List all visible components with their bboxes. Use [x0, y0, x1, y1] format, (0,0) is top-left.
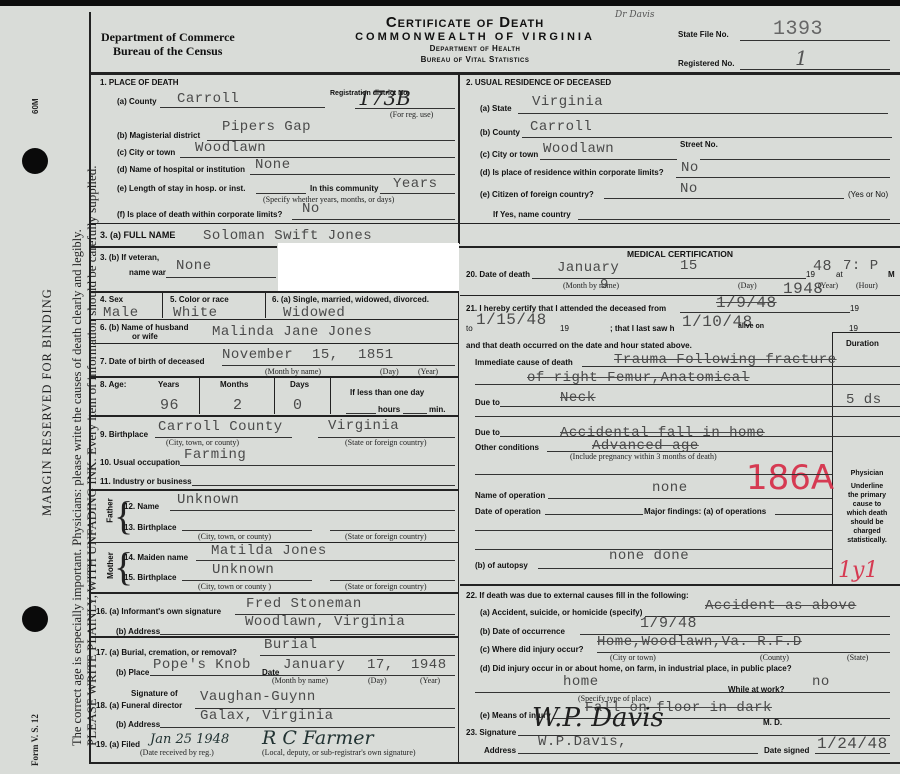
registrar-signature: R C Farmer — [262, 727, 374, 749]
rule — [458, 246, 900, 248]
duration: 5 ds — [846, 392, 882, 408]
death-month: January — [557, 260, 619, 276]
state-note: (State or foreign country) — [345, 438, 427, 447]
county-label: (a) County — [117, 97, 157, 106]
country-line — [578, 219, 890, 220]
state-note: (State) — [847, 653, 868, 662]
physician-note-line: which death — [836, 509, 898, 518]
divider — [330, 378, 331, 414]
physician-note-line: cause to — [836, 500, 898, 509]
accident-type: Accident as above — [705, 598, 856, 614]
months-label: Months — [220, 380, 248, 389]
redacted-area — [278, 243, 459, 292]
overtype-day: 9 — [600, 277, 609, 293]
md-label: M. D. — [763, 718, 782, 727]
state-note: (State or foreign country) — [345, 532, 427, 541]
attended-from: 1/9/48 — [716, 294, 777, 312]
state-file-label: State File No. — [678, 30, 729, 39]
citizen: No — [680, 181, 698, 197]
certificate-title: Certificate of Death — [330, 14, 600, 31]
age-months: 2 — [233, 397, 243, 414]
stay-note: (Specify whether years, months, or days) — [263, 195, 394, 204]
mother-maiden-name: Matilda Jones — [211, 543, 327, 559]
cause-code: 186A — [746, 458, 834, 498]
dob-day-note: (Day) — [380, 367, 399, 376]
injury-location: Home,Woodlawn,Va. R.F.D — [597, 634, 802, 650]
findings-label: Major findings: (a) of operations — [644, 507, 766, 516]
res-county: Carroll — [530, 119, 592, 135]
corporate-line — [292, 219, 455, 220]
physician-note: Physician Underline the primary cause to… — [836, 469, 898, 545]
burial-month-note: (Month by name) — [272, 676, 328, 685]
citizen-line — [604, 198, 844, 199]
full-name: Soloman Swift Jones — [203, 228, 372, 244]
to-label: to — [466, 324, 473, 333]
funeral-director-label: 18. (a) Funeral director — [96, 701, 182, 710]
work-label: While at work? — [728, 685, 784, 694]
binding-note: MARGIN RESERVED FOR BINDING — [40, 288, 55, 516]
date-signed-line — [815, 753, 890, 754]
county-note: (County) — [760, 653, 789, 662]
bottom-rule — [89, 762, 900, 764]
corporate-label: (f) Is place of death within corporate l… — [117, 210, 282, 219]
burial-type: Burial — [264, 637, 317, 653]
reg-district: 173B — [358, 86, 411, 110]
death-date-line — [532, 278, 806, 279]
informant-signature: Fred Stoneman — [246, 596, 362, 612]
birthplace-label: 9. Birthplace — [100, 430, 148, 439]
occupation-label: 10. Usual occupation — [100, 458, 180, 467]
rule — [89, 291, 459, 293]
immediate-label: Immediate cause of death — [475, 358, 573, 367]
print-code: 60M — [31, 98, 40, 114]
immediate-cause-2: of right Femur,Anatomical — [527, 370, 750, 386]
signature-address: W.P.Davis, — [538, 734, 627, 750]
birthplace-state: Virginia — [328, 418, 399, 434]
physician-note-line: should be — [836, 518, 898, 527]
burial-year-note: (Year) — [420, 676, 440, 685]
res-state-line — [518, 113, 888, 114]
sex-label: 4. Sex — [100, 295, 123, 304]
immediate-cause-1: Trauma Following fracture — [614, 352, 837, 368]
dob-year: 1851 — [358, 347, 394, 363]
mother-name-line — [196, 560, 455, 561]
filed-date-note: (Date received by reg.) — [140, 748, 214, 757]
funeral-sig-label: Signature of — [131, 689, 178, 698]
informant-address: Woodlawn, Virginia — [245, 614, 405, 630]
age-years: 96 — [160, 397, 179, 414]
state-note: (State or foreign country) — [345, 582, 427, 591]
external-label: 22. If death was due to external causes … — [466, 591, 689, 600]
death-date-label: 20. Date of death — [466, 270, 530, 279]
city-note: (City, town or county ) — [198, 582, 271, 591]
bureau: Bureau of the Census — [113, 44, 222, 59]
filed-label: 19. (a) Filed — [96, 740, 140, 749]
dob-line — [222, 365, 455, 366]
father-name-label: 12. Name — [124, 502, 159, 511]
injury-place: home — [563, 674, 599, 690]
years-label: Years — [158, 380, 179, 389]
instruction-line-2: The correct age is especially important.… — [70, 229, 85, 746]
place-question: (d) Did injury occur in or about home, o… — [480, 664, 792, 673]
divider-bottom — [458, 244, 459, 764]
vital-stats: Bureau of Vital Statistics — [370, 55, 580, 64]
state-file-no: 1393 — [773, 18, 823, 41]
city-note: (City, town, or county) — [166, 438, 239, 447]
father-birthplace-line — [182, 530, 312, 531]
rule — [89, 319, 459, 320]
informant-label: 16. (a) Informant's own signature — [96, 607, 221, 616]
county-line — [160, 107, 325, 108]
where-label: (c) Where did injury occur? — [480, 645, 584, 654]
physician-note-title: Physician — [836, 469, 898, 478]
annotation: Dr Davis — [615, 10, 655, 20]
dob-month-note: (Month by name) — [265, 367, 321, 376]
yes-no-note: (Yes or No) — [848, 190, 888, 199]
rule — [89, 343, 459, 344]
blank-line — [475, 530, 832, 531]
res-state-label: (a) State — [480, 104, 512, 113]
rule — [833, 332, 900, 333]
spouse-label: 6. (b) Name of husband — [100, 323, 188, 332]
dob-month: November — [222, 347, 293, 363]
death-year: 48 — [813, 258, 832, 275]
divider — [199, 378, 200, 414]
hospital-line — [250, 174, 455, 175]
commonwealth: COMMONWEALTH OF VIRGINIA — [330, 31, 620, 43]
rule — [89, 415, 459, 417]
citizen-label: (e) Citizen of foreign country? — [480, 190, 594, 199]
father-birthplace-label: 13. Birthplace — [124, 523, 176, 532]
mother-birthplace: Unknown — [212, 562, 274, 578]
mother-birthplace-label: 15. Birthplace — [124, 573, 176, 582]
magisterial-district: Pipers Gap — [222, 119, 311, 135]
community-label: In this community — [310, 184, 378, 193]
op-date-line — [545, 514, 643, 515]
divider — [265, 293, 266, 318]
due-to-1: Neck — [560, 390, 596, 406]
burial-year: 1948 — [411, 657, 447, 673]
physician-note-line: Underline — [836, 482, 898, 491]
res-corporate-label: (d) Is place of residence within corpora… — [480, 168, 664, 177]
hour-note: (Hour) — [856, 281, 878, 290]
filed-date: Jan 25 1948 — [150, 732, 229, 747]
father-name-line — [170, 510, 455, 511]
hours-line — [346, 413, 376, 414]
burial-place-label: (b) Place — [116, 668, 149, 677]
rule — [89, 246, 277, 248]
death-corporate: No — [302, 201, 320, 217]
industry-label: 11. Industry or business — [100, 477, 192, 486]
due-to-label: Due to — [475, 428, 500, 437]
blank-line — [475, 474, 832, 475]
res-corporate: No — [681, 160, 699, 176]
place-line — [475, 692, 890, 693]
burial-day-note: (Day) — [368, 676, 387, 685]
informant-address-line — [160, 634, 455, 635]
res-county-line — [522, 137, 892, 138]
death-hour: 7: P — [843, 258, 879, 274]
day-note: (Day) — [738, 281, 757, 290]
reg-line — [355, 108, 455, 109]
divider-top — [458, 74, 460, 244]
date-signed-label: Date signed — [764, 746, 809, 755]
registrar-note: (Local, deputy, or sub-registrar's own s… — [262, 748, 416, 757]
city-note: (City or town) — [610, 653, 656, 662]
min-label: min. — [429, 405, 445, 414]
city-note: (City, town, or county) — [198, 532, 271, 541]
war-label: name war — [129, 268, 166, 277]
age-days: 0 — [293, 397, 303, 414]
physician-note-line: statistically. — [836, 536, 898, 545]
mother-state-line — [330, 580, 455, 581]
rule — [89, 223, 459, 224]
rule — [89, 489, 459, 491]
burial-place: Pope's Knob — [153, 657, 251, 673]
occurred-label: and that death occurred on the date and … — [466, 341, 692, 350]
res-city: Woodlawn — [543, 141, 614, 157]
nineteen: 19 — [560, 324, 569, 333]
funeral-address-label: (b) Address — [116, 720, 160, 729]
hospital-label: (d) Name of hospital or institution — [117, 165, 245, 174]
instruction-line-1: PLEASE WRITE PLAINLY, WITH UNFADING INK.… — [84, 166, 100, 746]
res-state: Virginia — [532, 94, 603, 110]
section-1-label: 1. PLACE OF DEATH — [100, 78, 179, 87]
funeral-director: Vaughan-Guynn — [200, 689, 316, 705]
findings-line — [775, 514, 832, 515]
reg-use-note: (For reg. use) — [390, 110, 433, 119]
death-certificate: PLEASE WRITE PLAINLY, WITH UNFADING INK.… — [0, 6, 900, 774]
veteran-war: None — [176, 258, 212, 274]
dob-label: 7. Date of birth of deceased — [100, 357, 204, 366]
death-city: Woodlawn — [195, 140, 266, 156]
attended-to: 1/15/48 — [476, 311, 547, 329]
department: Department of Commerce — [101, 30, 235, 45]
res-city-label: (c) City or town — [480, 150, 538, 159]
hours-label: hours — [378, 405, 400, 414]
stay-line — [256, 193, 306, 194]
street-line — [700, 159, 890, 160]
country-label: If Yes, name country — [493, 210, 571, 219]
veteran-label: 3. (b) If veteran, — [100, 253, 159, 262]
m-label: M — [888, 270, 895, 279]
occupation: Farming — [184, 447, 246, 463]
res-city-line — [540, 159, 677, 160]
physician-note-line: charged — [836, 527, 898, 536]
dept-health: Department of Health — [380, 44, 570, 53]
autopsy: none done — [609, 548, 689, 564]
operation-line — [548, 498, 832, 499]
registered-no: 1 — [795, 46, 808, 70]
signature-label: 23. Signature — [466, 728, 516, 737]
community-stay: Years — [393, 176, 438, 192]
mother-birthplace-line — [182, 580, 312, 581]
registered-label: Registered No. — [678, 59, 734, 68]
dob-day: 15, — [312, 347, 339, 363]
binding-hole-top — [22, 148, 48, 174]
date-signed: 1/24/48 — [817, 735, 888, 753]
funeral-address: Galax, Virginia — [200, 708, 334, 724]
autopsy-line — [538, 568, 832, 569]
operation-label: Name of operation — [475, 491, 545, 500]
signature-address-line — [518, 753, 758, 754]
rule — [460, 584, 900, 586]
nineteen: 19 — [850, 304, 859, 313]
while-at-work: no — [812, 674, 830, 690]
duration-label: Duration — [846, 339, 879, 348]
rule — [460, 223, 900, 224]
cause-code-2: 1y1 — [838, 558, 878, 583]
veteran-line — [166, 277, 276, 278]
due-to-line — [500, 406, 900, 407]
dob-year-note: (Year) — [418, 367, 438, 376]
mother-name-label: 14. Maiden name — [124, 553, 188, 562]
border-left — [89, 12, 91, 764]
other-note: (Include pregnancy within 3 months of de… — [570, 452, 717, 461]
burial-type-line — [260, 655, 455, 656]
occupation-line — [180, 465, 455, 466]
last-saw-label: ; that I last saw h — [610, 324, 674, 333]
alive-on-label: alive on — [738, 323, 764, 330]
signature-address-label: Address — [484, 746, 516, 755]
due-to-label: Due to — [475, 398, 500, 407]
father-name: Unknown — [177, 492, 239, 508]
year-note: (Year) — [818, 281, 838, 290]
occurrence-date-label: (b) Date of occurrence — [480, 627, 565, 636]
burial-month: January — [283, 657, 345, 673]
other-conditions-label: Other conditions — [475, 443, 539, 452]
divider — [274, 378, 275, 414]
at-label: at — [836, 270, 843, 279]
spouse-label-2: or wife — [132, 332, 158, 341]
month-note: (Month by name) — [563, 281, 619, 290]
accident-label: (a) Accident, suicide, or homicide (spec… — [480, 608, 642, 617]
operation: none — [652, 480, 688, 496]
res-county-label: (b) County — [480, 128, 520, 137]
days-label: Days — [290, 380, 309, 389]
blank-line — [475, 416, 900, 417]
hospital: None — [255, 157, 291, 173]
industry-line — [192, 485, 455, 486]
binding-hole-bottom — [22, 606, 48, 632]
form-number: Form V. S. 12 — [30, 714, 40, 766]
op-date-label: Date of operation — [475, 507, 541, 516]
section-2-label: 2. USUAL RESIDENCE OF DECEASED — [466, 78, 611, 87]
birthplace-city: Carroll County — [158, 419, 283, 435]
spouse-name: Malinda Jane Jones — [212, 324, 372, 340]
marital-label: 6. (a) Single, married, widowed, divorce… — [272, 295, 429, 304]
divider — [162, 293, 163, 318]
city-line — [180, 157, 455, 158]
race-label: 5. Color or race — [170, 295, 229, 304]
autopsy-label: (b) of autopsy — [475, 561, 528, 570]
street-label: Street No. — [680, 140, 704, 149]
informant-address-label: (b) Address — [116, 627, 160, 636]
burial-type-label: 17. (a) Burial, cremation, or removal? — [96, 648, 237, 657]
community-line — [380, 193, 455, 194]
min-line — [403, 413, 427, 414]
rule — [460, 295, 900, 296]
registered-line — [740, 69, 890, 70]
physician-note-line: the primary — [836, 491, 898, 500]
header-rule — [89, 72, 900, 75]
stay-label: (e) Length of stay in hosp. or inst. — [117, 184, 245, 193]
death-county: Carroll — [177, 91, 239, 107]
age-label: 8. Age: — [100, 380, 126, 389]
occurrence-date: 1/9/48 — [640, 615, 697, 632]
burial-day: 17, — [367, 657, 394, 673]
father-state-line — [330, 530, 455, 531]
magisterial-label: (b) Magisterial district — [117, 131, 200, 140]
city-label: (c) City or town — [117, 148, 175, 157]
death-day: 15 — [680, 258, 698, 274]
less-day-label: If less than one day — [350, 388, 424, 397]
full-name-label: 3. (a) FULL NAME — [100, 230, 175, 240]
res-corporate-line — [676, 177, 890, 178]
physician-signature: W.P. Davis — [532, 703, 664, 733]
rule — [89, 592, 459, 594]
